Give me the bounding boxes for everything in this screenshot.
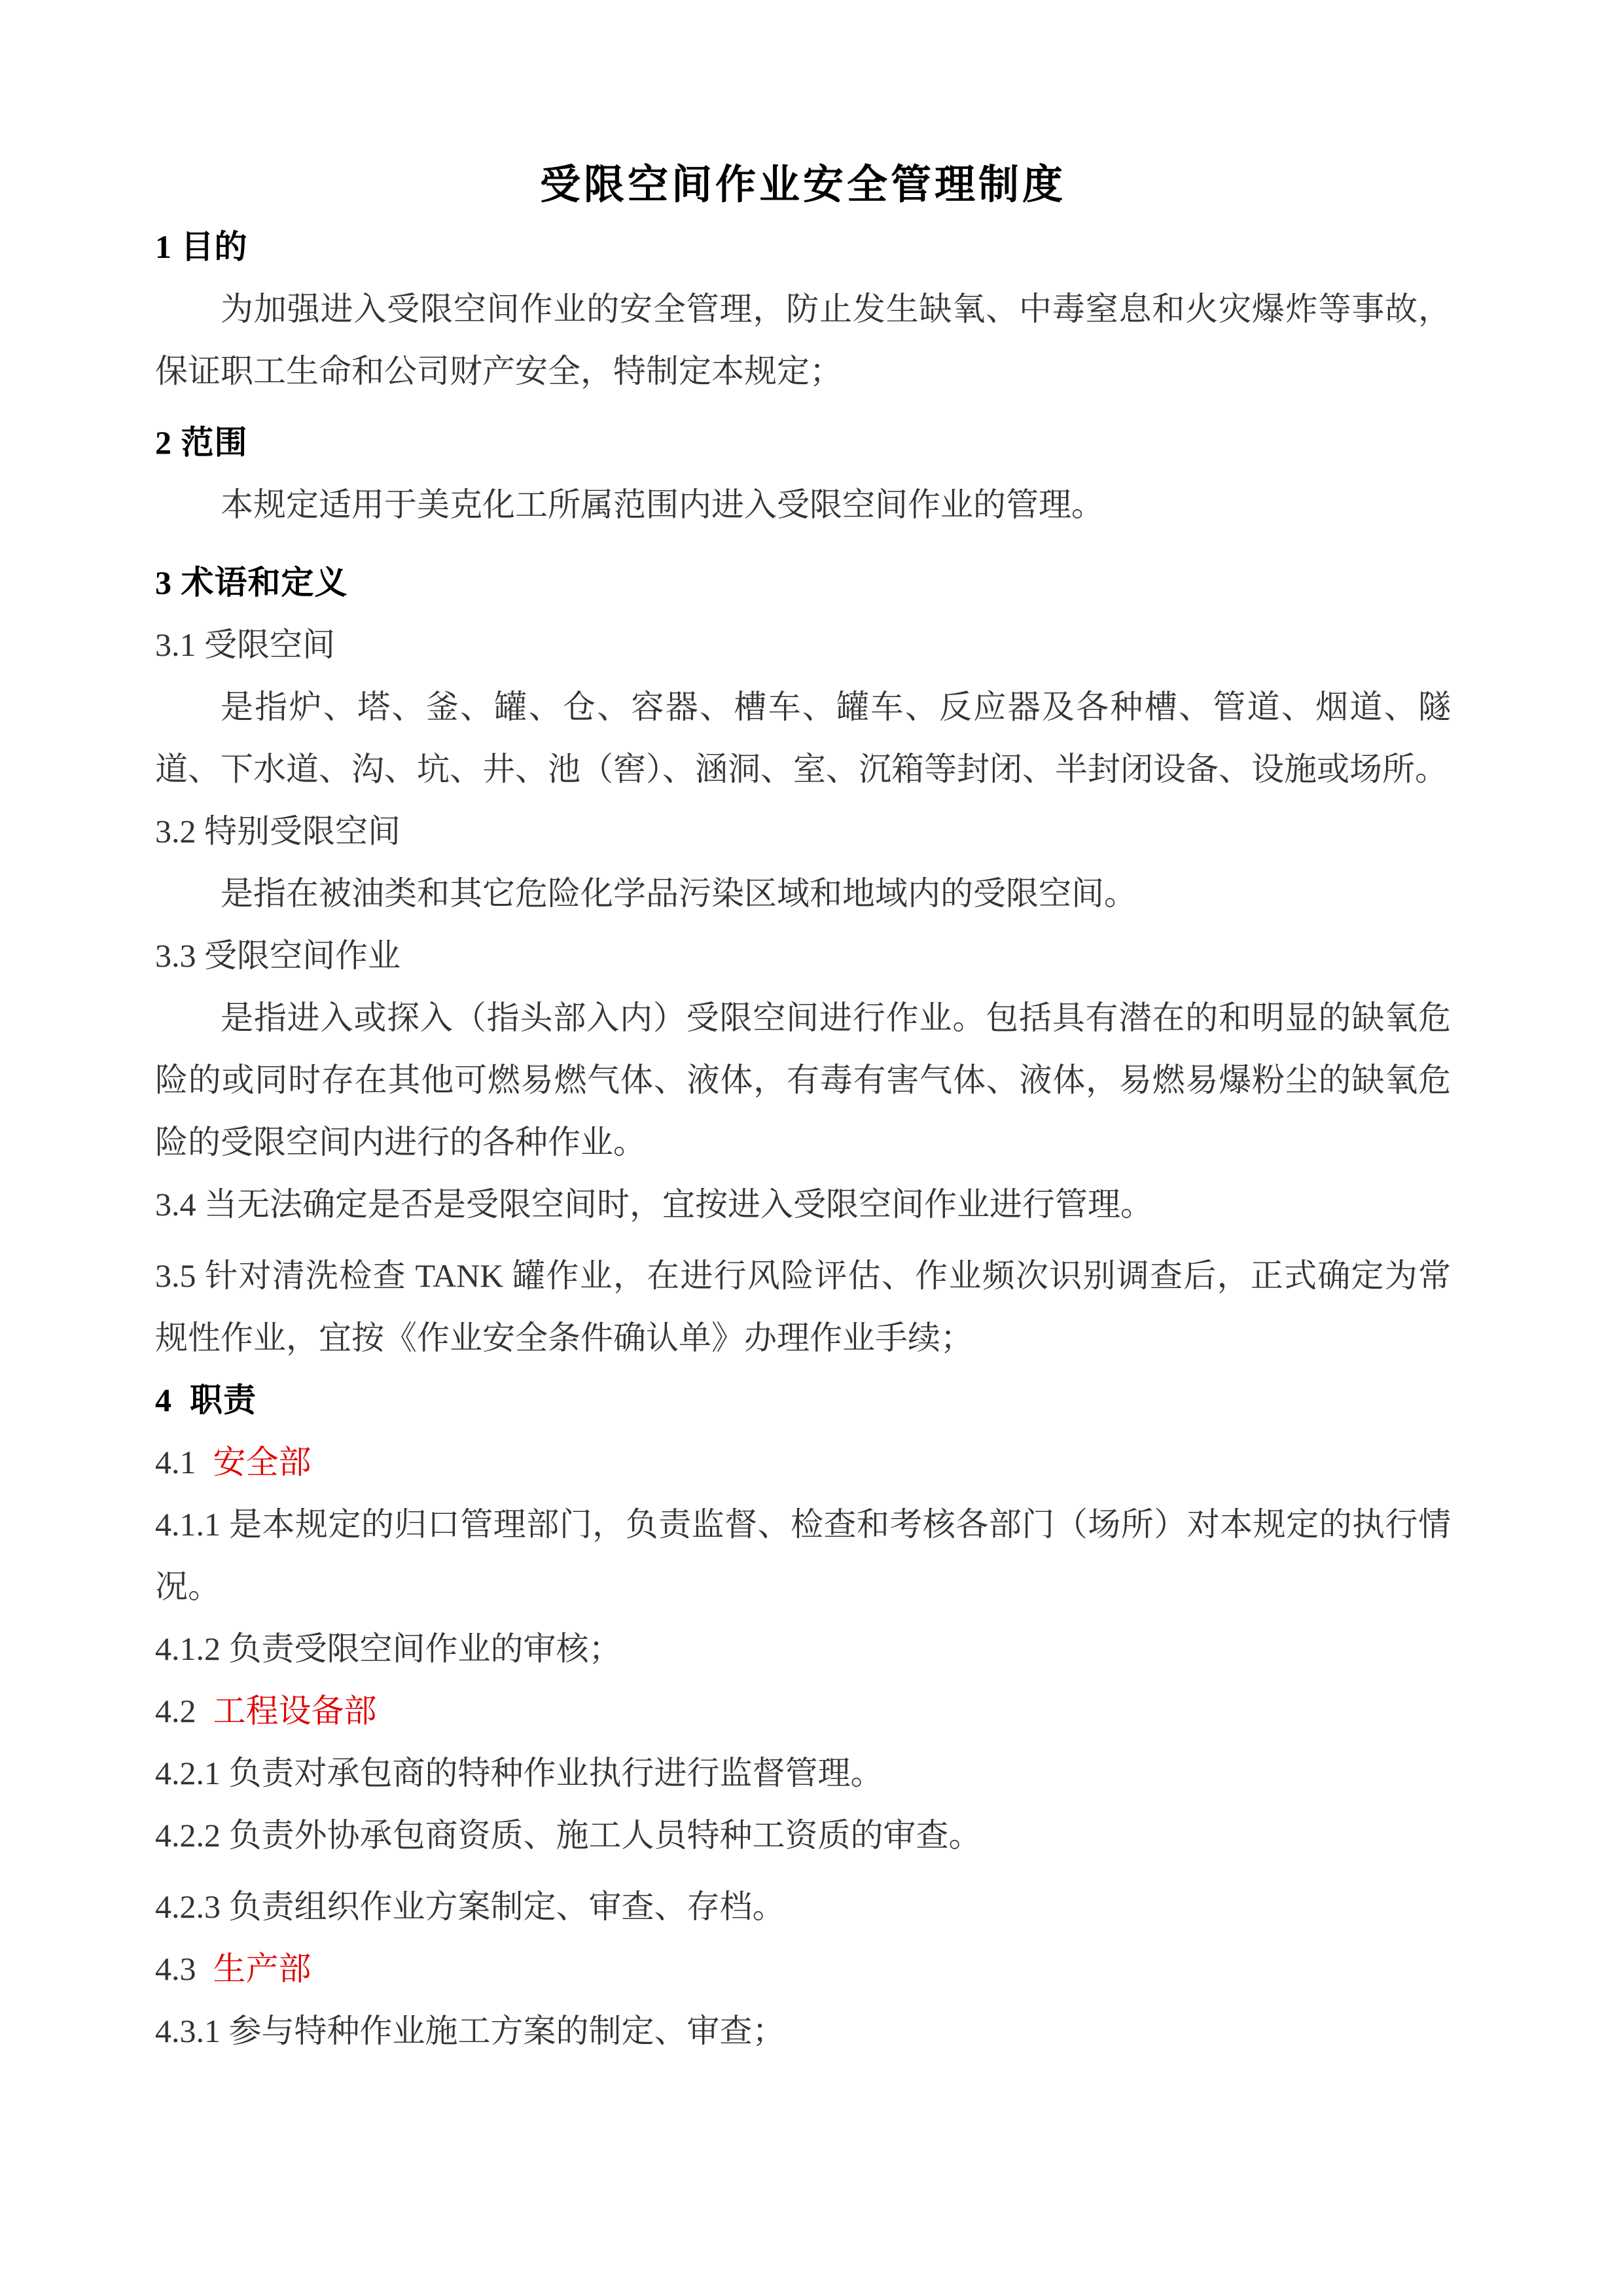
term-31-definition: 是指炉、塔、釜、罐、仓、容器、槽车、罐车、反应器及各种槽、管道、烟道、隧道、下水… [155, 676, 1451, 800]
duty-4-1-1: 4.1.1 是本规定的归口管理部门，负责监督、检查和考核各部门（场所）对本规定的… [155, 1494, 1451, 1618]
dept-engineering-heading: 4.2工程设备部 [155, 1680, 1451, 1742]
scope-paragraph: 本规定适用于美克化工所属范围内进入受限空间作业的管理。 [155, 474, 1451, 536]
term-31-label: 3.1 受限空间 [155, 614, 1451, 676]
dept-production-name: 生产部 [213, 1950, 312, 1987]
document-title: 受限空间作业安全管理制度 [155, 154, 1451, 216]
duty-4-3-1: 4.3.1 参与特种作业施工方案的制定、审查； [155, 2000, 1451, 2062]
duty-4-2-1: 4.2.1 负责对承包商的特种作业执行进行监督管理。 [155, 1742, 1451, 1804]
clause-3-5: 3.5 针对清洗检查 TANK 罐作业，在进行风险评估、作业频次识别调查后，正式… [155, 1245, 1451, 1369]
term-32-definition: 是指在被油类和其它危险化学品污染区域和地域内的受限空间。 [155, 863, 1451, 925]
dept-engineering-number: 4.2 [155, 1693, 196, 1729]
dept-safety-heading: 4.1安全部 [155, 1431, 1451, 1494]
duty-4-2-3: 4.2.3 负责组织作业方案制定、审查、存档。 [155, 1876, 1451, 1938]
heading-responsibilities: 4 职责 [155, 1369, 1451, 1431]
dept-engineering-name: 工程设备部 [213, 1693, 377, 1729]
heading-terms: 3 术语和定义 [155, 552, 1451, 614]
term-33-label: 3.3 受限空间作业 [155, 925, 1451, 987]
heading-purpose: 1 目的 [155, 216, 1451, 278]
document-page: 受限空间作业安全管理制度 1 目的 为加强进入受限空间作业的安全管理，防止发生缺… [0, 0, 1623, 2296]
purpose-paragraph: 为加强进入受限空间作业的安全管理，防止发生缺氧、中毒窒息和火灾爆炸等事故，保证职… [155, 278, 1451, 403]
term-33-definition: 是指进入或探入（指头部入内）受限空间进行作业。包括具有潜在的和明显的缺氧危险的或… [155, 987, 1451, 1174]
duty-4-1-2: 4.1.2 负责受限空间作业的审核； [155, 1618, 1451, 1680]
heading-scope: 2 范围 [155, 412, 1451, 474]
document-body: { "colors": { "page_bg": "#ffffff", "hea… [0, 0, 1623, 2296]
term-32-label: 3.2 特别受限空间 [155, 800, 1451, 863]
dept-production-heading: 4.3生产部 [155, 1938, 1451, 2000]
duty-4-2-2: 4.2.2 负责外协承包商资质、施工人员特种工资质的审查。 [155, 1804, 1451, 1867]
dept-safety-name: 安全部 [213, 1444, 312, 1480]
clause-3-4: 3.4 当无法确定是否是受限空间时，宜按进入受限空间作业进行管理。 [155, 1174, 1451, 1236]
dept-production-number: 4.3 [155, 1950, 196, 1987]
dept-safety-number: 4.1 [155, 1444, 196, 1480]
